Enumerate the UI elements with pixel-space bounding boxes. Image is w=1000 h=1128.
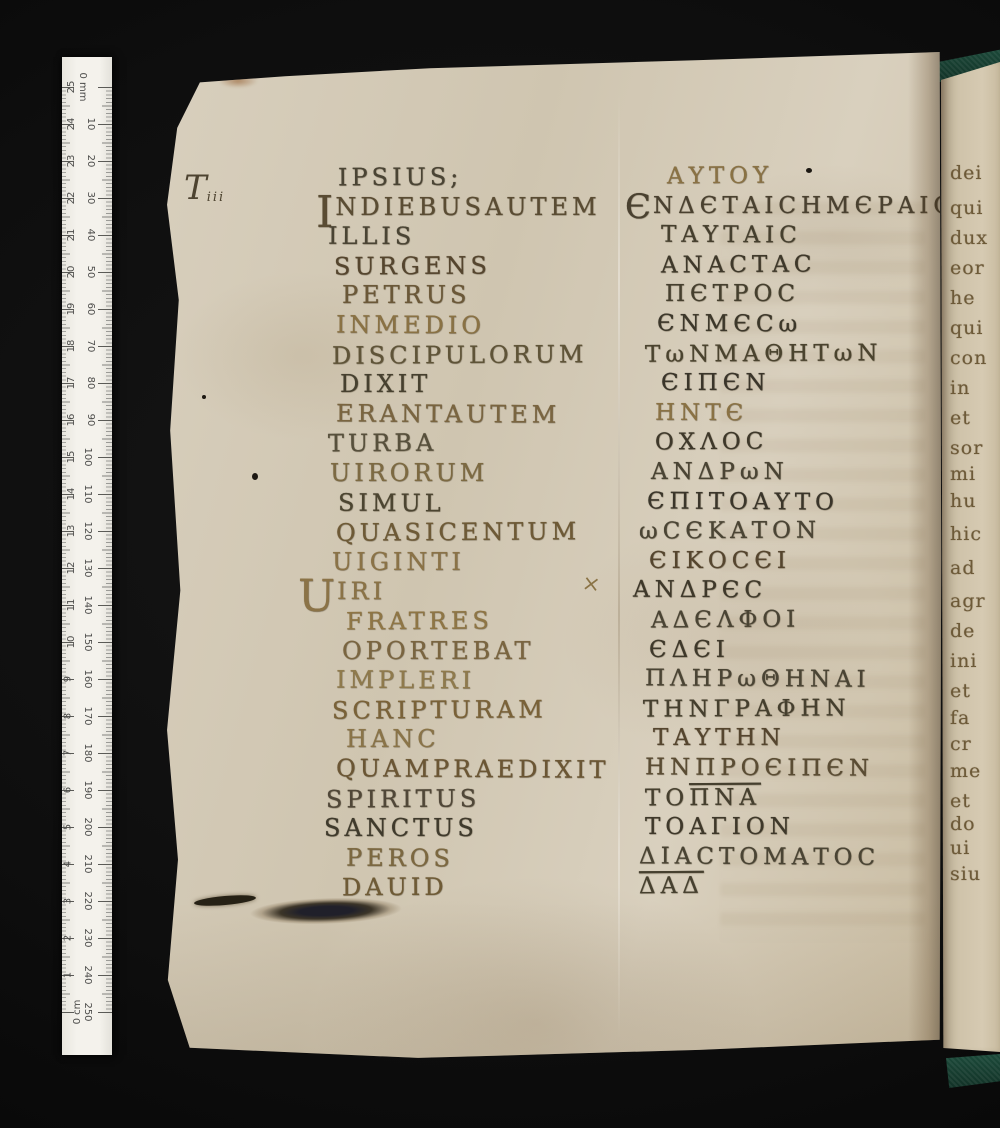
parchment-crease (618, 92, 620, 1042)
next-page-word: cr (950, 733, 972, 755)
quire-mark-numeral: iii (207, 190, 225, 205)
greek-line: ΑΝΔΡЄC (633, 579, 767, 603)
ruler-mm-label: 170 (82, 706, 93, 725)
greek-line: ΑΥΤΟΥ (667, 165, 773, 189)
greek-line: ΤΟΑΓΙΟΝ (645, 816, 795, 839)
latin-line: INDIEBUSAUTEM (316, 195, 601, 219)
ruler-cm-label: 2 (63, 935, 74, 941)
ruler-mm-label: 70 (85, 340, 96, 353)
ruler-mm-label: 150 (82, 632, 93, 651)
ruler-mm-label: 180 (82, 743, 93, 762)
greek-line: ЄΙΠЄΝ (661, 372, 770, 395)
gutter-shadow (908, 52, 942, 1064)
ruler-cm-label: 19 (66, 303, 77, 316)
collation-x-mark: × (580, 571, 602, 598)
enlarged-initial: Є (625, 187, 653, 227)
latin-line: SANCTUS (324, 816, 478, 840)
greek-line: ΗΝΤЄ (655, 402, 748, 426)
ruler-cm-label: 4 (63, 861, 74, 867)
ruler-mm-label: 20 (85, 155, 96, 168)
greek-line: ΑΝΑCΤΑC (661, 253, 817, 277)
greek-line: ωCЄΚΑΤΟΝ (639, 520, 821, 544)
ruler-cm-label: 21 (66, 229, 77, 242)
ruler-cm-label: 13 (66, 525, 77, 538)
greek-line: ΑΝΔΡωΝ (651, 461, 789, 484)
latin-line: OPORTEBAT (342, 639, 534, 663)
ruler-mm-label: 240 (82, 965, 93, 984)
next-page-word: ui (950, 837, 970, 859)
greek-line: ΔΙΑCΤΟΜΑΤΟC (639, 845, 880, 869)
ink-dot (806, 168, 812, 173)
latin-line: SCRIPTURAM (332, 697, 547, 722)
ruler-cm-label: 0 cm (72, 1000, 83, 1025)
greek-line: ΑΔЄΛΦΟΙ (651, 609, 800, 633)
ruler-mm-major-ticks (98, 87, 112, 1013)
greek-line: ΠΛΗΡωΘΗΝΑΙ (645, 667, 871, 691)
ruler-mm-label: 250 (82, 1002, 93, 1021)
ruler-cm-label: 22 (66, 192, 77, 205)
next-page-word: do (950, 813, 976, 835)
ruler-mm-label: 0 mm (77, 72, 88, 101)
ruler-mm-label: 30 (85, 192, 96, 205)
latin-line: QUASICENTUM (336, 519, 580, 544)
next-page-word: sor (950, 437, 983, 459)
nomen-sacrum-overline: ΠΝΑ (689, 784, 761, 810)
ruler-mm-label: 90 (85, 414, 96, 427)
ruler-cm-label: 17 (66, 377, 77, 390)
ruler-mm-label: 50 (85, 266, 96, 279)
next-page-word: eor (950, 257, 985, 279)
ruler-cm-label: 7 (63, 750, 74, 756)
ruler-mm-label: 100 (82, 447, 93, 466)
measurement-ruler: 0 mm102030405060708090100110120130140150… (62, 57, 112, 1055)
ruler-mm-label: 210 (82, 854, 93, 873)
ruler-cm-label: 1 (63, 972, 74, 978)
ruler-cm-label: 23 (66, 155, 77, 168)
ruler-cm-major-ticks (62, 87, 74, 1013)
greek-line: ΤωΝΜΑΘΗΤωΝ (645, 342, 883, 366)
next-page-word: hic (950, 523, 982, 545)
next-page-word: me (950, 760, 981, 782)
ruler-mm-label: 190 (82, 780, 93, 799)
rust-stain (218, 74, 258, 88)
next-page-word: et (950, 407, 971, 429)
greek-line: ΤΑΥΤΗΝ (653, 727, 786, 750)
binding-cloth-bottom (946, 1054, 1000, 1088)
ruler-cm-label: 9 (63, 676, 74, 682)
next-page-word: he (950, 287, 975, 309)
ruler-mm-label: 230 (82, 928, 93, 947)
enlarged-initial: U (298, 571, 337, 622)
ruler-mm-label: 80 (85, 377, 96, 390)
latin-line: PEROS (346, 845, 454, 870)
latin-line: QUAMPRAEDIXIT (336, 756, 610, 782)
ruler-cm-label: 14 (66, 488, 77, 501)
next-page-word: et (950, 680, 971, 702)
next-page-word: qui (950, 197, 983, 219)
latin-line: DAUID (342, 875, 448, 900)
next-page-edge: deiquiduxeorhequiconinetsormihuhicadagrd… (941, 58, 1000, 1056)
ruler-mm-label: 220 (82, 891, 93, 910)
latin-line: ERANTAUTEM (336, 401, 560, 426)
ruler-cm-label: 3 (63, 898, 74, 904)
ruler-mm-label: 60 (85, 303, 96, 316)
ruler-cm-label: 25 (66, 81, 77, 94)
latin-line: FRATRES (346, 609, 493, 634)
latin-line: SPIRITUS (326, 786, 480, 811)
next-page-word: siu (950, 863, 981, 885)
latin-line: INMEDIO (336, 313, 485, 338)
ruler-cm-label: 10 (66, 636, 77, 649)
next-page-word: in (950, 377, 970, 399)
quire-mark-letter: T (184, 168, 207, 208)
latin-line: DISCIPULORUM (332, 342, 588, 368)
latin-line: UIGINTI (332, 550, 465, 574)
greek-line: ЄΙΚΟCЄΙ (649, 550, 791, 573)
latin-line: IPSIUS; (338, 165, 462, 190)
ruler-cm-label: 18 (66, 340, 77, 353)
latin-line: IMPLERI (336, 668, 475, 693)
ink-dot (252, 473, 258, 480)
greek-line: ΔΑΔ (639, 875, 704, 898)
ruler-cm-label: 5 (63, 824, 74, 830)
latin-line: ILLIS (328, 224, 415, 249)
ruler-cm-label: 16 (66, 414, 77, 427)
latin-line: PETRUS (342, 283, 470, 307)
ruler-cm-label: 12 (66, 562, 77, 575)
greek-line: ΠЄΤΡΟC (665, 283, 800, 306)
parchment-slit (194, 893, 257, 907)
next-page-word: mi (950, 463, 976, 485)
ruler-cm-label: 11 (66, 599, 77, 612)
greek-line: ЄΝΜЄCω (657, 313, 802, 337)
next-page-word: dei (950, 162, 982, 184)
ruler-mm-label: 140 (82, 595, 93, 614)
ruler-mm-label: 160 (82, 669, 93, 688)
greek-line: ΟΧΛΟC (655, 431, 768, 455)
ruler-mm-label: 40 (85, 229, 96, 242)
next-page-word: de (950, 620, 975, 642)
ruler-mm-label: 10 (85, 118, 96, 131)
ruler-mm-label: 130 (82, 558, 93, 577)
manuscript-page: Tiii × IPSIUS;INDIEBUSAUTEMILLISSURGENSP… (160, 52, 942, 1064)
ruler-cm-label: 6 (63, 787, 74, 793)
next-page-word: agr (950, 590, 986, 612)
latin-line: DIXIT (340, 372, 431, 396)
photograph-stage: 0 mm102030405060708090100110120130140150… (0, 0, 1000, 1128)
latin-line: HANC (346, 727, 440, 751)
next-page-word: fa (950, 707, 970, 729)
next-page-word: con (950, 347, 987, 369)
ruler-cm-label: 15 (66, 451, 77, 464)
ruler-mm-label: 120 (82, 521, 93, 540)
ruler-mm-label: 200 (82, 817, 93, 836)
greek-line: ΤΑΥΤΑΙC (661, 224, 802, 248)
greek-line: ЄΠΙΤΟΑΥΤΟ (647, 490, 839, 514)
latin-line: SIMUL (338, 490, 445, 515)
next-page-word: dux (950, 227, 988, 249)
greek-line: ЄΔЄΙ (649, 639, 730, 662)
greek-line: ЄΝΔЄΤΑΙCΗΜЄΡΑΙC (625, 195, 956, 218)
next-page-word: et (950, 790, 971, 812)
next-page-word: qui (950, 317, 983, 339)
latin-line: SURGENS (334, 253, 491, 278)
ruler-mm-label: 110 (82, 484, 93, 503)
greek-line: ΤΟΠΝΑ (645, 786, 761, 810)
greek-line: ΤΗΝΓΡΑΦΗΝ (643, 697, 851, 721)
latin-line: UIRI (298, 579, 386, 604)
latin-line: UIRORUM (330, 461, 488, 485)
ruler-cm-label: 20 (66, 266, 77, 279)
latin-line: TURBA (328, 431, 437, 456)
ruler-cm-label: 24 (66, 118, 77, 131)
next-page-word: ini (950, 650, 977, 672)
next-page-word: ad (950, 557, 976, 579)
quire-mark: Tiii (184, 168, 225, 208)
next-page-word: hu (950, 490, 976, 512)
ruler-cm-label: 8 (63, 713, 74, 719)
ink-dot (202, 395, 206, 399)
greek-line: ΗΝΠΡΟЄΙΠЄΝ (645, 756, 874, 780)
nomen-sacrum-overline: ΔΑΔ (639, 873, 704, 899)
